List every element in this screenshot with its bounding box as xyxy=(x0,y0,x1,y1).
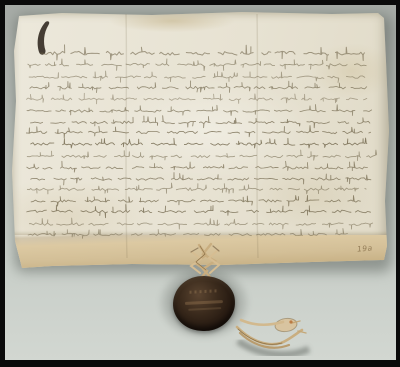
seal-inscription-band xyxy=(185,300,223,305)
seal-cord-fan xyxy=(191,244,219,278)
photo-background: 19a xyxy=(5,5,396,360)
photo-frame: 19a xyxy=(0,0,400,367)
seal-inscription-band2 xyxy=(188,307,221,311)
seal-inscription-dots xyxy=(189,289,218,294)
cord-knot xyxy=(274,317,298,333)
